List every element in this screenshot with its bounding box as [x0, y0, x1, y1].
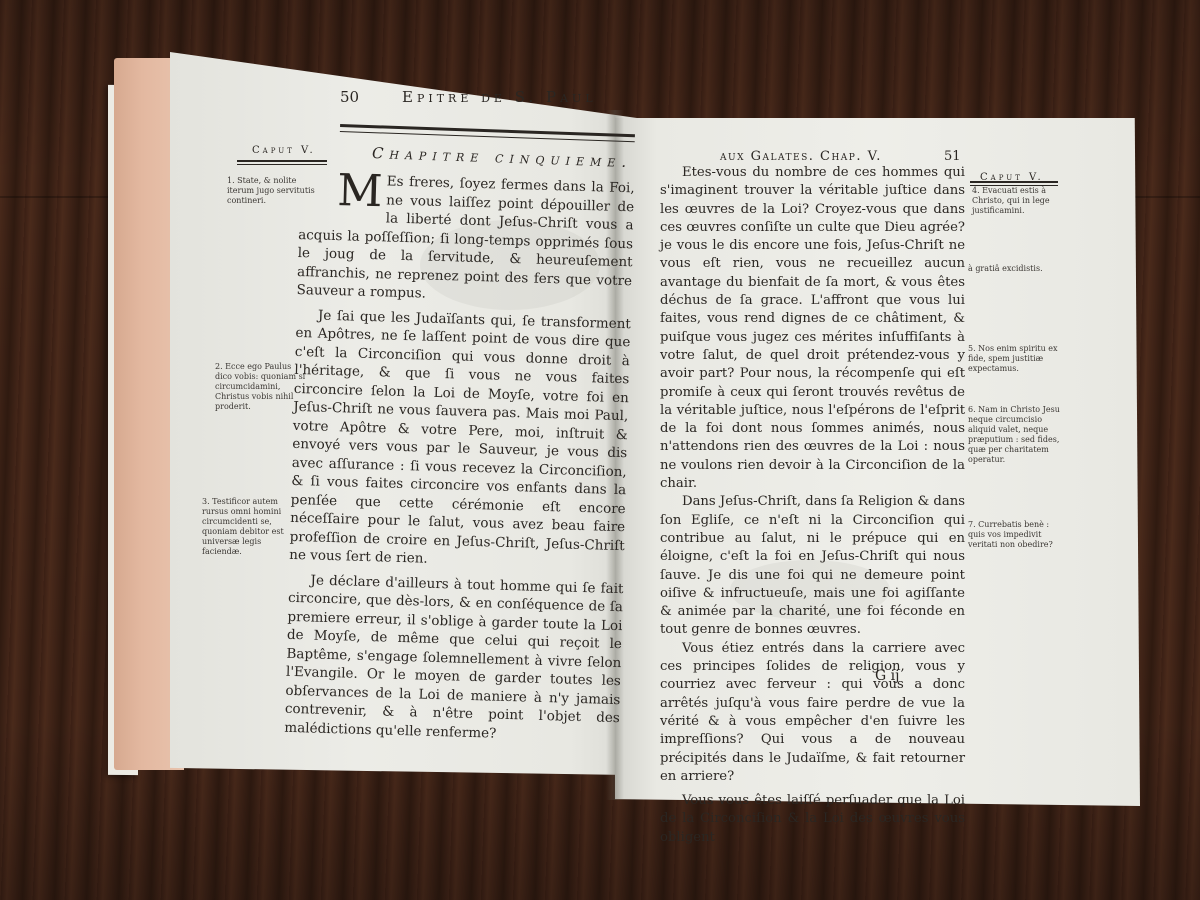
margin-note: 6. Nam in Christo Jesu neque circumcisio…	[968, 405, 1062, 465]
margin-note: à gratiâ excidistis.	[968, 264, 1058, 274]
paragraph: Je ſai que les Judaïſants qui, ſe transf…	[289, 305, 631, 573]
signature-mark: G ij	[875, 668, 899, 684]
page-number-right: 51	[944, 149, 961, 164]
running-head-right: aux Galates. Chap. V.	[720, 149, 882, 164]
paragraph: MEs freres, ſoyez fermes dans la Foi, ne…	[296, 170, 634, 309]
margin-note: 3. Testificor autem rursus omni homini c…	[202, 497, 297, 557]
margin-heading-left: Caput V.	[252, 145, 316, 156]
paragraph: Etes-vous du nombre de ces hommes qui s'…	[660, 164, 965, 493]
paragraph: Dans Jeſus-Chriſt, dans ſa Religion & da…	[660, 493, 965, 639]
paragraph: Vous vous êtes laiſſé perſuader que la L…	[660, 792, 965, 847]
drop-cap: M	[337, 173, 383, 210]
page-number-left: 50	[340, 88, 359, 106]
paragraph: Je déclare d'ailleurs à tout homme qui ſ…	[284, 570, 624, 746]
margin-rule-left	[237, 160, 327, 165]
left-page-body: MEs freres, ſoyez fermes dans la Foi, ne…	[284, 170, 635, 746]
right-page-body: Etes-vous du nombre de ces hommes qui s'…	[660, 164, 965, 847]
running-head-left: Epitre de S. Paul	[402, 88, 597, 106]
margin-note: 5. Nos enim spiritu ex fide, spem justit…	[968, 344, 1060, 374]
paragraph: Vous étiez entrés dans la carriere avec …	[660, 640, 965, 786]
margin-note: 4. Evacuati estis à Christo, qui in lege…	[972, 186, 1062, 216]
margin-note: 7. Currebatis benè : quis vos impedivit …	[968, 520, 1062, 550]
